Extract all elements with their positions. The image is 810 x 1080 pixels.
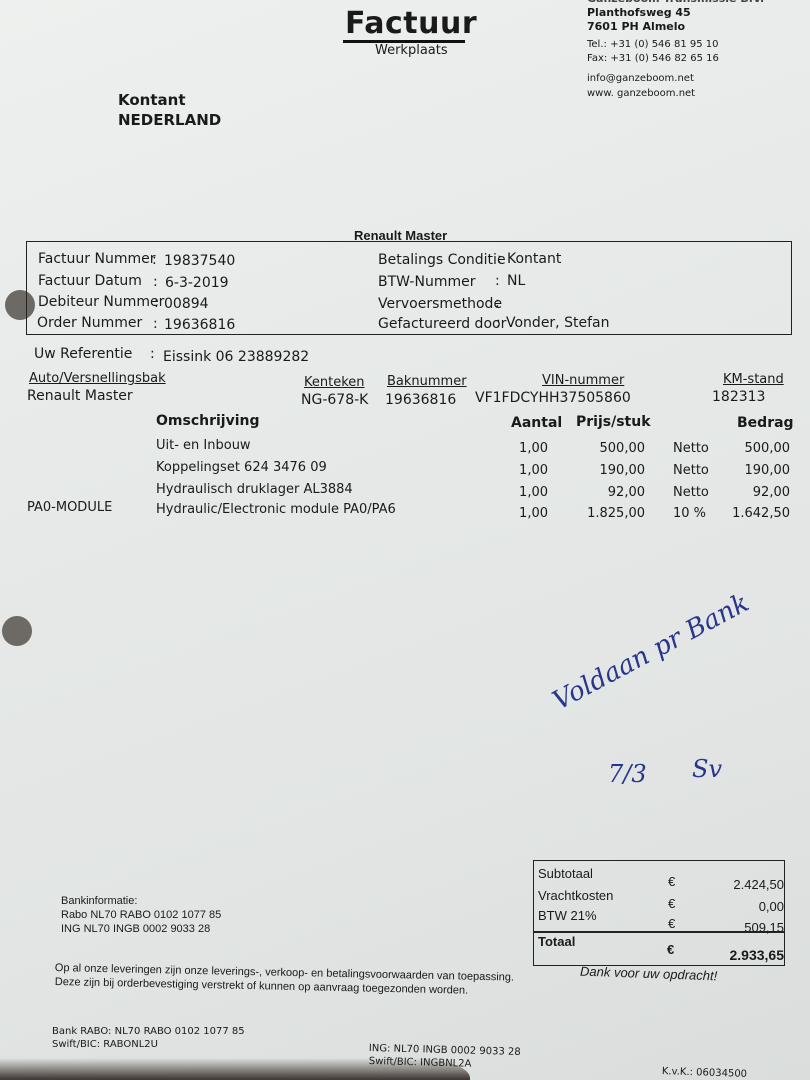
company-website: www. ganzeboom.net <box>587 88 695 99</box>
vehicle-header-baknummer: Baknummer <box>387 374 467 389</box>
item-description: Koppelingset 624 3476 09 <box>156 460 327 475</box>
info-label: BTW-Nummer <box>378 274 475 290</box>
bank-info-heading: Bankinformatie: <box>61 895 137 907</box>
freight-label: Vrachtkosten <box>538 888 613 903</box>
vat-value: 509,15 <box>744 920 784 935</box>
vat-number: NL <box>507 273 525 289</box>
punch-hole-bottom <box>2 616 32 646</box>
handwritten-date: 7/3 <box>608 760 647 788</box>
currency-symbol: € <box>668 916 675 931</box>
info-label: Factuur Datum <box>38 273 142 289</box>
column-header-price: Prijs/stuk <box>576 414 651 430</box>
company-name: Ganzeboom Transmissie B.V. <box>587 0 764 5</box>
vehicle-km: 182313 <box>712 389 765 405</box>
invoice-number: 19837540 <box>164 253 235 269</box>
vehicle-header-auto: Auto/Versnellingsbak <box>29 371 166 386</box>
info-sep: : <box>154 295 159 311</box>
customer-name: Kontant <box>118 91 186 109</box>
item-discount: Netto <box>673 441 709 456</box>
handwritten-initials: Sv <box>692 755 722 783</box>
item-price: 92,00 <box>608 485 645 500</box>
info-sep: : <box>495 295 500 311</box>
handwritten-paid-note: Voldaan pr Bank <box>548 588 754 717</box>
info-sep: : <box>497 251 502 267</box>
document-subtitle: Werkplaats <box>375 43 448 58</box>
total-label: Totaal <box>538 934 575 949</box>
info-label: Betalings Conditie <box>378 252 506 268</box>
order-number: 19636816 <box>164 317 235 333</box>
footer-rabo-swift: Swift/BIC: RABONL2U <box>52 1039 158 1050</box>
footer-rabo-bank: Bank RABO: NL70 RABO 0102 1077 85 <box>52 1026 245 1037</box>
footer-kvk: K.v.K.: 06034500 <box>662 1066 748 1080</box>
company-street: Planthofsweg 45 <box>587 6 691 19</box>
freight-value: 0,00 <box>759 899 784 914</box>
item-qty: 1,00 <box>519 506 548 521</box>
item-description: Hydraulic/Electronic module PA0/PA6 <box>156 502 396 517</box>
document-title: Factuur <box>345 6 477 41</box>
currency-symbol: € <box>668 874 675 889</box>
item-amount: 92,00 <box>753 485 790 500</box>
item-qty: 1,00 <box>519 463 548 478</box>
info-sep: : <box>152 252 157 268</box>
total-value: 2.933,65 <box>730 947 785 963</box>
column-header-description: Omschrijving <box>156 413 260 429</box>
item-description: Hydraulisch druklager AL3884 <box>156 482 353 497</box>
company-fax: Fax: +31 (0) 546 82 65 16 <box>587 53 719 64</box>
item-code: PA0-MODULE <box>27 500 112 515</box>
vehicle-auto: Renault Master <box>27 388 133 404</box>
customer-country: NEDERLAND <box>118 111 221 129</box>
subtotal-label: Subtotaal <box>538 866 593 881</box>
info-label: Gefactureerd door <box>378 316 506 332</box>
item-price: 1.825,00 <box>587 506 645 521</box>
item-qty: 1,00 <box>519 441 548 456</box>
reference-sep: : <box>150 346 155 362</box>
bank-info-rabo: Rabo NL70 RABO 0102 1077 85 <box>61 909 221 921</box>
vehicle-header-km: KM-stand <box>723 372 784 387</box>
info-label: Order Nummer <box>37 315 142 331</box>
item-amount: 190,00 <box>745 463 791 478</box>
info-sep: : <box>153 274 158 290</box>
item-price: 500,00 <box>600 441 646 456</box>
vehicle-header-kenteken: Kenteken <box>304 375 365 390</box>
info-sep: : <box>496 315 501 331</box>
currency-symbol: € <box>668 896 675 911</box>
page-shadow <box>0 1058 470 1080</box>
reference-value: Eissink 06 23889282 <box>163 349 309 365</box>
vehicle-header-vin: VIN-nummer <box>542 373 624 388</box>
item-amount: 1.642,50 <box>732 506 790 521</box>
info-label: Debiteur Nummer <box>38 294 164 310</box>
item-discount: Netto <box>673 463 709 478</box>
item-description: Uit- en Inbouw <box>156 438 251 453</box>
info-label: Vervoersmethode <box>378 296 502 312</box>
item-discount: Netto <box>673 485 709 500</box>
item-discount: 10 % <box>673 506 706 521</box>
invoiced-by: Vonder, Stefan <box>506 315 609 331</box>
invoice-date: 6-3-2019 <box>165 275 229 291</box>
column-header-qty: Aantal <box>511 415 562 431</box>
payment-condition: Kontant <box>507 251 561 267</box>
reference-label: Uw Referentie <box>34 346 132 362</box>
company-city: 7601 PH Almelo <box>587 20 685 33</box>
vehicle-vin: VF1FDCYHH37505860 <box>475 390 631 406</box>
column-header-amount: Bedrag <box>737 415 794 431</box>
subtotal-value: 2.424,50 <box>733 877 784 892</box>
bank-info-ing: ING NL70 INGB 0002 9033 28 <box>61 923 210 935</box>
currency-symbol: € <box>667 942 674 957</box>
thank-you-note: Dank voor uw opdracht! <box>580 964 718 984</box>
company-email: info@ganzeboom.net <box>587 73 694 84</box>
info-label: Factuur Nummer <box>38 251 155 267</box>
info-sep: : <box>495 273 500 289</box>
vehicle-kenteken: NG-678-K <box>301 392 368 408</box>
vehicle-baknummer: 19636816 <box>385 392 456 408</box>
company-tel: Tel.: +31 (0) 546 81 95 10 <box>587 39 719 50</box>
info-sep: : <box>153 316 158 332</box>
vat-label: BTW 21% <box>538 908 597 923</box>
item-price: 190,00 <box>600 463 646 478</box>
item-amount: 500,00 <box>745 441 791 456</box>
debtor-number: 00894 <box>164 296 209 312</box>
item-qty: 1,00 <box>519 485 548 500</box>
